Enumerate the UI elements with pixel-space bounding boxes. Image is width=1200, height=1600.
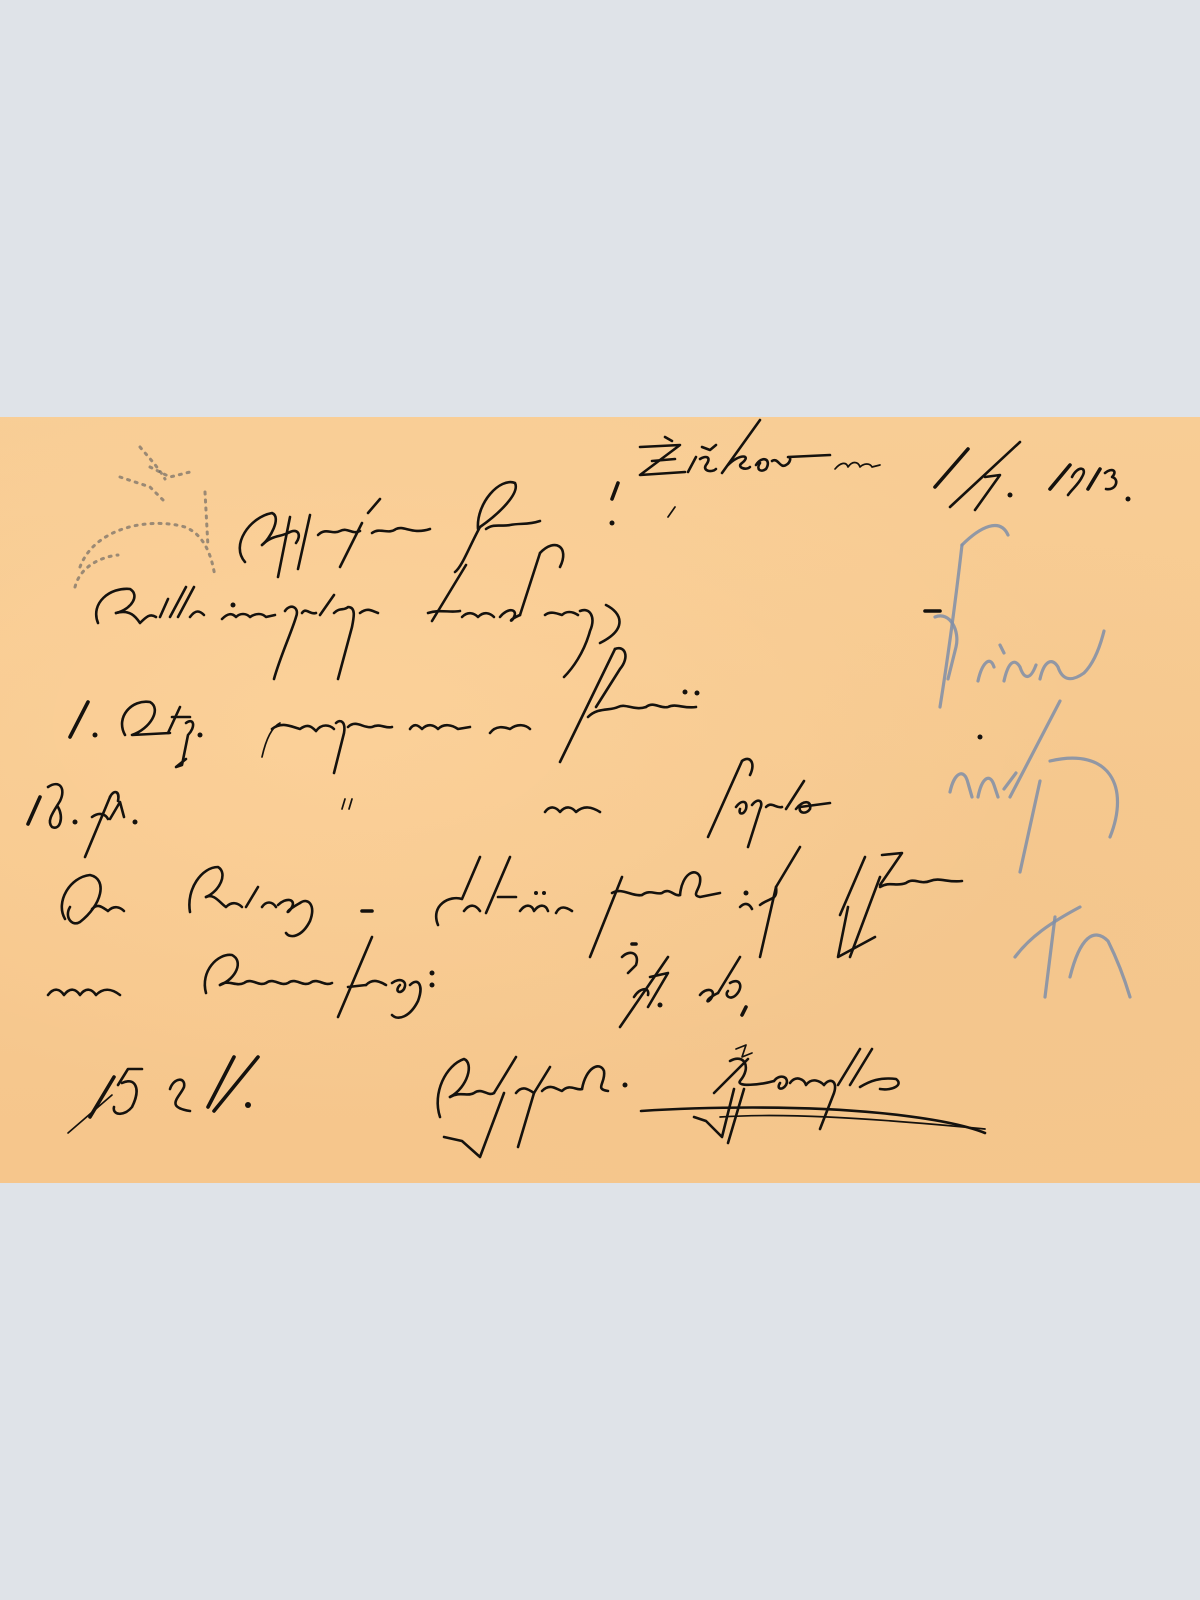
place-date — [640, 420, 1131, 517]
body-line-1 — [96, 545, 940, 679]
handwriting-canvas — [0, 417, 1200, 1183]
pencil-annotation — [935, 526, 1130, 997]
body-line-3 — [28, 759, 830, 857]
postcard: Žižkov am 1/7. 1913. Geehrter Herr! Bitt… — [0, 417, 1200, 1183]
body-line-4 — [62, 847, 962, 957]
footer — [68, 1045, 985, 1157]
body-line-2 — [70, 648, 983, 773]
postmark — [75, 447, 215, 587]
body-line-5 — [48, 937, 746, 1027]
page: Žižkov am 1/7. 1913. Geehrter Herr! Bitt… — [0, 0, 1200, 1600]
